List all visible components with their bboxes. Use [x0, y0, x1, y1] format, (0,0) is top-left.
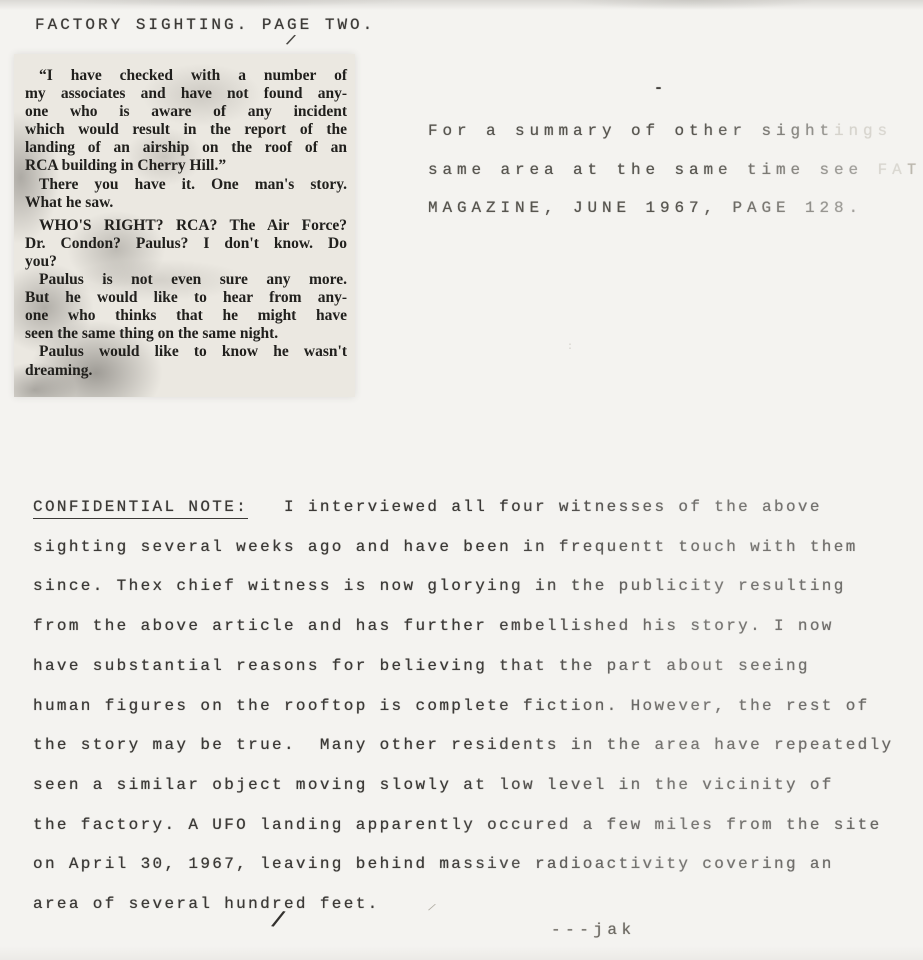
confidential-note-line: since. Thex chief witness is now gloryin… [33, 567, 913, 607]
confidential-note-line: have substantial reasons for believing t… [33, 647, 913, 687]
confidential-note-line: human figures on the rooftop is complete… [33, 687, 913, 727]
confidential-note-line: sighting several weeks ago and have been… [33, 528, 913, 568]
clipping-paragraph: “I have checked with a number ofmy assoc… [25, 67, 347, 176]
pen-mark-top: / [284, 32, 297, 51]
typed-text: For a summary of other sight [428, 122, 834, 140]
confidential-note: CONFIDENTIAL NOTE: I interviewed all fou… [33, 488, 913, 925]
clipping-line: RCA building in Cherry Hill.” [25, 157, 347, 175]
faded-text: FAT [878, 161, 922, 179]
clipping-line: my associates and have not found any- [25, 85, 347, 103]
confidential-note-line: the factory. A UFO landing apparently oc… [33, 806, 913, 846]
clipping-line: landing of an airship on the roof of an [25, 139, 347, 157]
stray-dash-mark: - [654, 80, 663, 97]
typed-text: I interviewed all four witnesses of the … [248, 498, 822, 516]
reference-line: same area at the same time see FAT [428, 151, 921, 190]
typed-text: same area at the same time see [428, 161, 878, 179]
clipping-line: “I have checked with a number of [25, 67, 347, 85]
clipping-line: dreaming. [25, 362, 347, 380]
signature-initials: ---jak [551, 921, 636, 939]
clipping-paragraph: WHO'S RIGHT? RCA? The Air Force?Dr. Cond… [25, 217, 347, 271]
clipping-paragraph: Paulus would like to know he wasn'tdream… [25, 343, 347, 379]
clipping-line: one who is aware of any incident [25, 103, 347, 121]
reference-line: MAGAZINE, JUNE 1967, PAGE 128. [428, 189, 921, 228]
confidential-note-line: on April 30, 1967, leaving behind massiv… [33, 845, 913, 885]
clipping-line: one who thinks that he might have [25, 307, 347, 325]
reference-note: For a summary of other sightingssame are… [428, 112, 921, 228]
clipping-line: seen the same thing on the same night. [25, 325, 347, 343]
clipping-line: Paulus would like to know he wasn't [25, 343, 347, 361]
clipping-line: But he would like to hear from any- [25, 289, 347, 307]
confidential-note-label: CONFIDENTIAL NOTE: [33, 498, 248, 519]
confidential-note-line: from the above article and has further e… [33, 607, 913, 647]
scanned-document-page: FACTORY SIGHTING. PAGE TWO. / - “I have … [0, 0, 923, 960]
page-title: FACTORY SIGHTING. PAGE TWO. [35, 16, 375, 34]
clipping-line: you? [25, 253, 347, 271]
clipping-line: WHO'S RIGHT? RCA? The Air Force? [25, 217, 347, 235]
clipping-line: which would result in the report of the [25, 121, 347, 139]
pen-mark-bottom: / [269, 907, 287, 935]
clipping-line: What he saw. [25, 194, 347, 212]
reference-line: For a summary of other sightings [428, 112, 921, 151]
clipping-line: Paulus is not even sure any more. [25, 271, 347, 289]
confidential-note-line: CONFIDENTIAL NOTE: I interviewed all fou… [33, 488, 913, 528]
clipping-line: There you have it. One man's story. [25, 176, 347, 194]
confidential-note-line: area of several hundred feet. [33, 885, 913, 925]
newspaper-clipping: “I have checked with a number ofmy assoc… [14, 54, 355, 397]
confidential-note-line: seen a similar object moving slowly at l… [33, 766, 913, 806]
clipping-paragraph: There you have it. One man's story.What … [25, 176, 347, 212]
clipping-paragraph: Paulus is not even sure any more.But he … [25, 271, 347, 343]
confidential-note-line: the story may be true. Many other reside… [33, 726, 913, 766]
clipping-line: Dr. Condon? Paulus? I don't know. Do [25, 235, 347, 253]
scan-smudge-artifact: : [567, 342, 573, 353]
typed-text: MAGAZINE, JUNE 1967, PAGE 128. [428, 199, 863, 217]
faded-text: ings [834, 122, 892, 140]
